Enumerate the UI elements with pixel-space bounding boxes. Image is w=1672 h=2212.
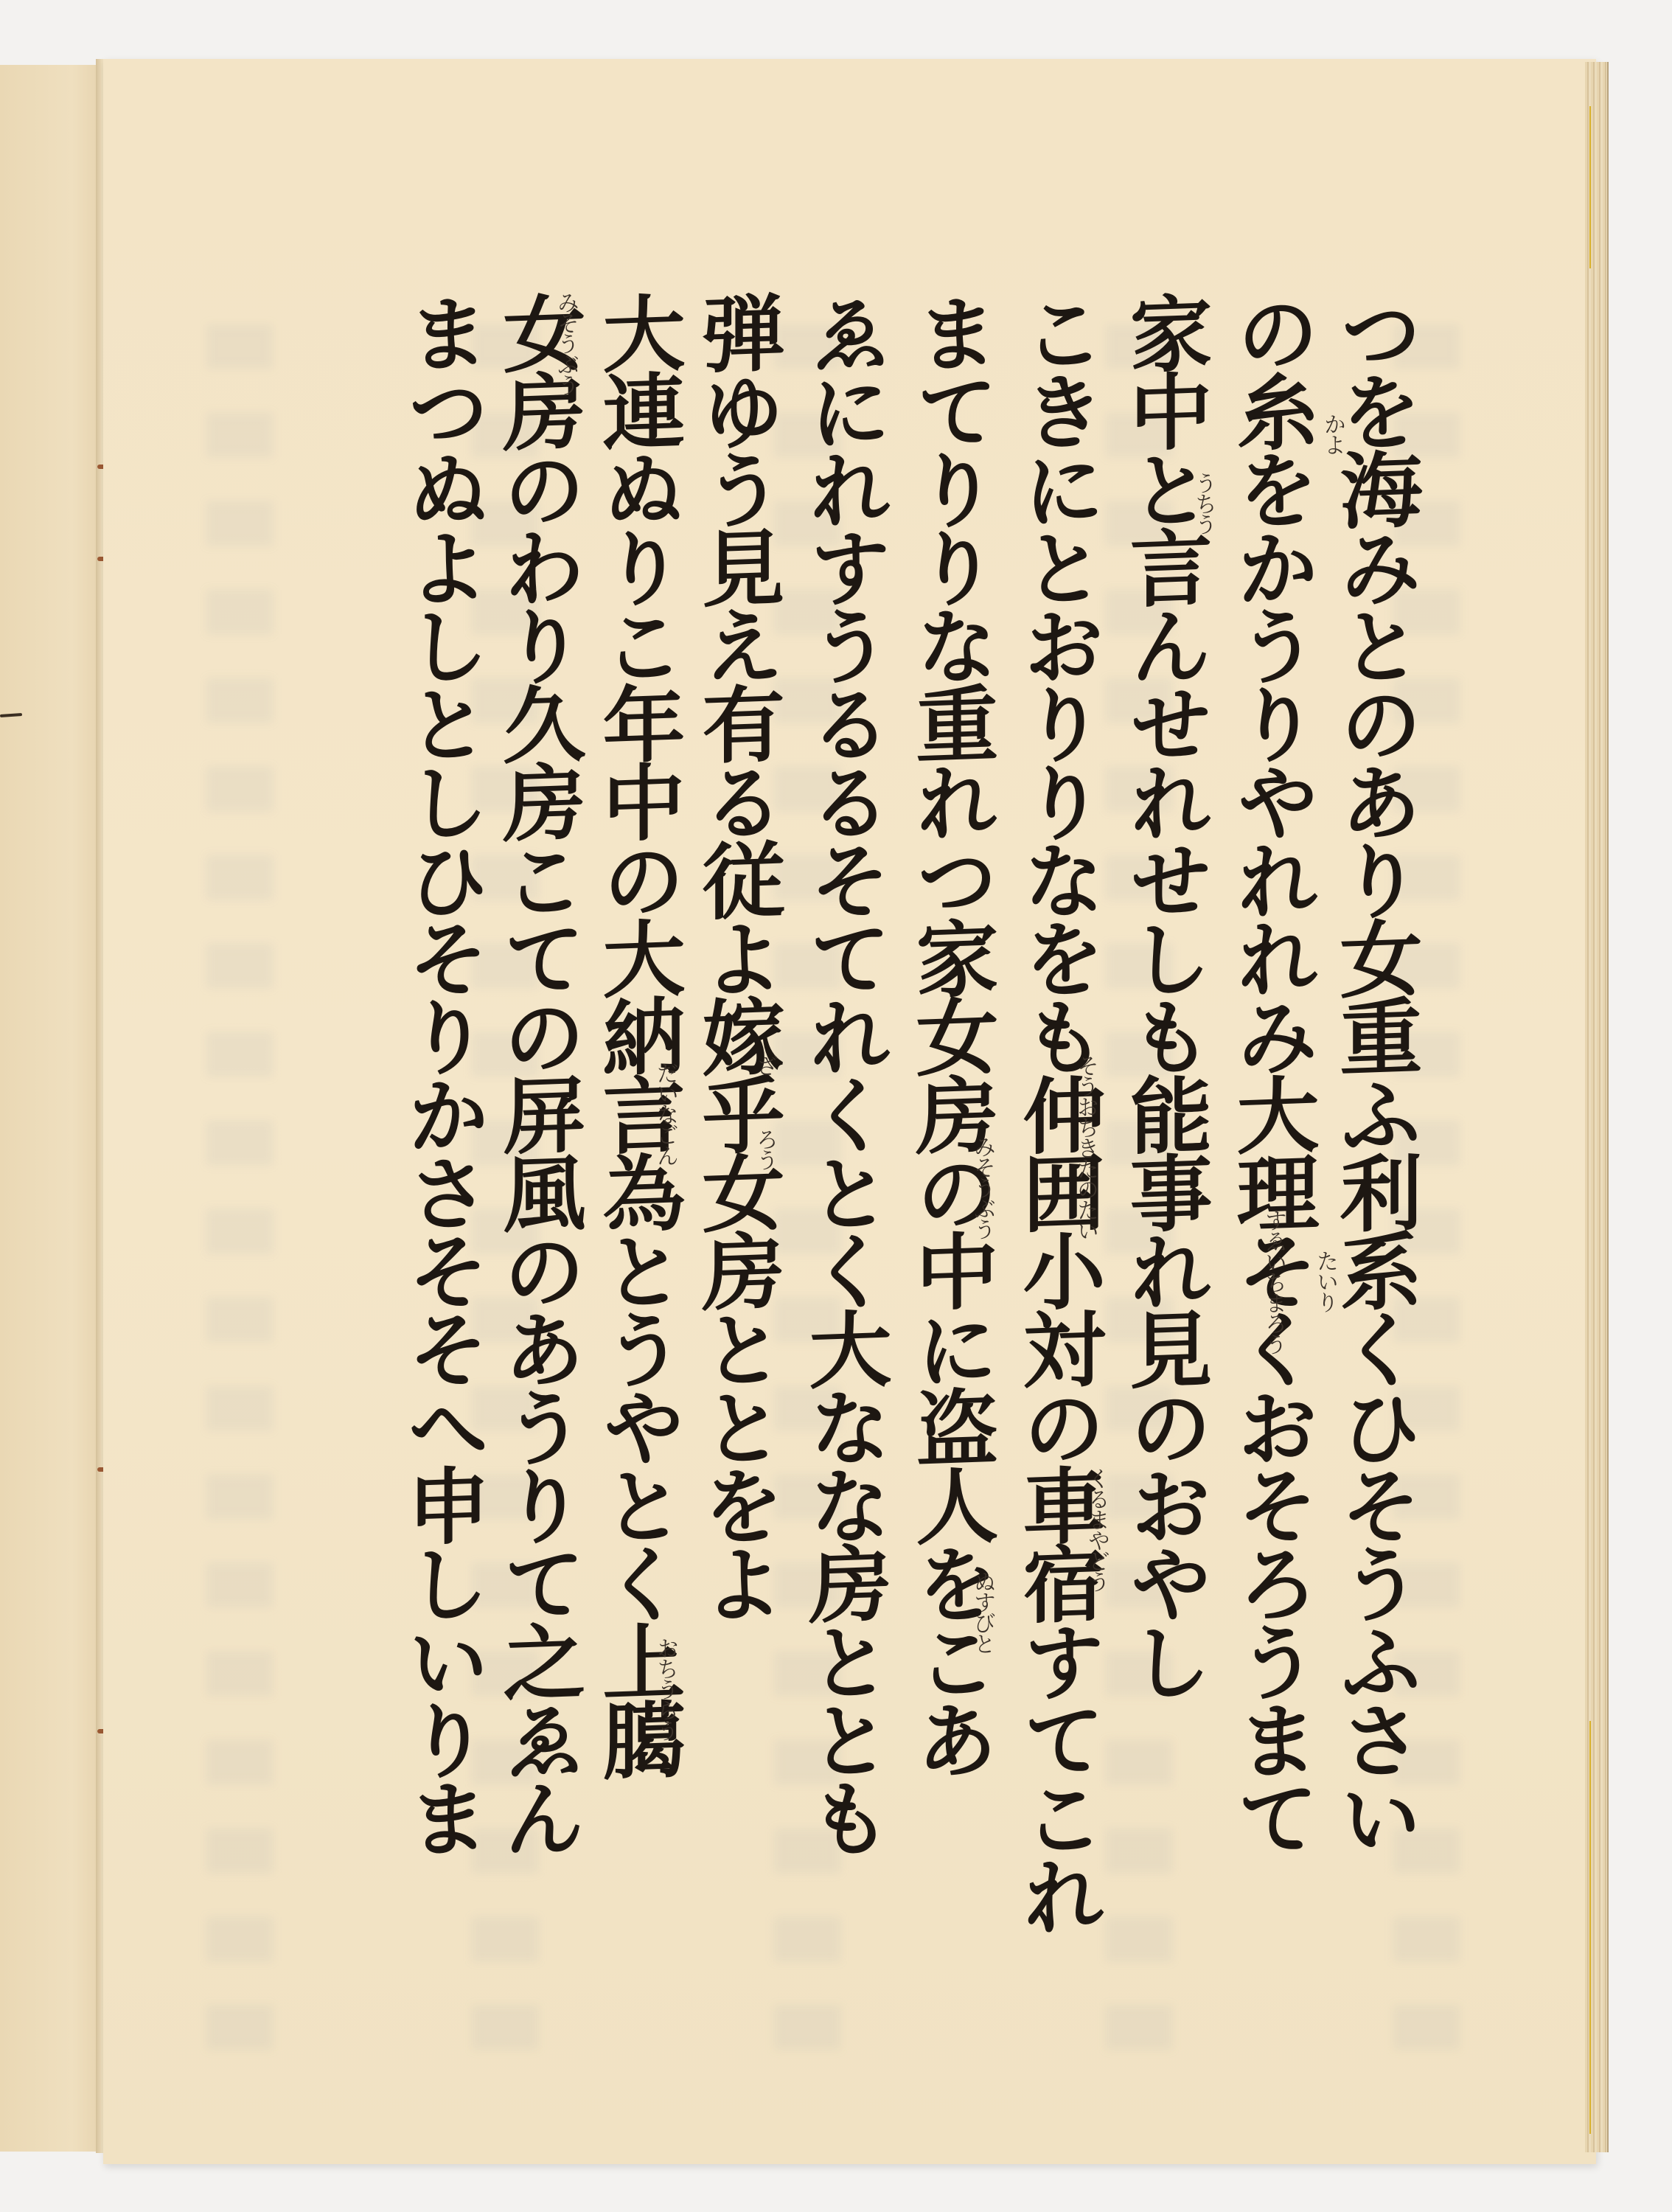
furigana: おちうらう — [649, 1637, 681, 1740]
furigana: かよ — [1316, 413, 1348, 454]
left-page — [0, 65, 104, 2152]
page-edge — [1585, 62, 1609, 2152]
gilt-edge — [1589, 106, 1591, 268]
text-column-10: まつぬよしとしひそりかさそそへ申しいりま — [400, 290, 483, 1856]
text-column-7: 弾ゆう見え有る従よ嫁乎女房ととをよ — [695, 290, 778, 1621]
furigana: そうおちきたのたい — [1069, 1054, 1101, 1240]
text-column-8: 大連ぬりこ年中の大納言為とうやとく上臈 — [596, 290, 678, 1778]
furigana: ろう — [748, 1128, 781, 1169]
furigana: すゑいちまろう — [1257, 1209, 1289, 1354]
furigana: みそうぶう — [549, 291, 582, 394]
ink-mark — [0, 713, 22, 717]
text-column-9: 女房のわり久房こての屏風のあうりて之ゑん — [496, 290, 579, 1856]
furigana: みそうぶう — [966, 1135, 998, 1239]
furigana: ぬすびと — [966, 1571, 998, 1653]
furigana: うちう — [1187, 472, 1219, 534]
text-column-2: の糸をかうりやれれみ大理そくおそろうまて — [1230, 290, 1312, 1856]
furigana: ざ — [748, 1054, 781, 1075]
text-column-1: つを海みとのあり女重ふ利系くひそうふさい — [1333, 290, 1415, 1856]
furigana: だいなごん — [649, 1062, 681, 1165]
text-column-5: まてりりな重れつ家女房の中に盗人をこあ — [909, 290, 992, 1778]
bleed-through — [206, 280, 273, 2050]
furigana: たいり — [1309, 1250, 1341, 1312]
text-column-6: ゑにれすうるるそてれくとく大なな房ととも — [802, 290, 885, 1856]
gilt-edge — [1589, 1721, 1591, 2134]
furigana: くるまやどう — [1080, 1467, 1112, 1591]
